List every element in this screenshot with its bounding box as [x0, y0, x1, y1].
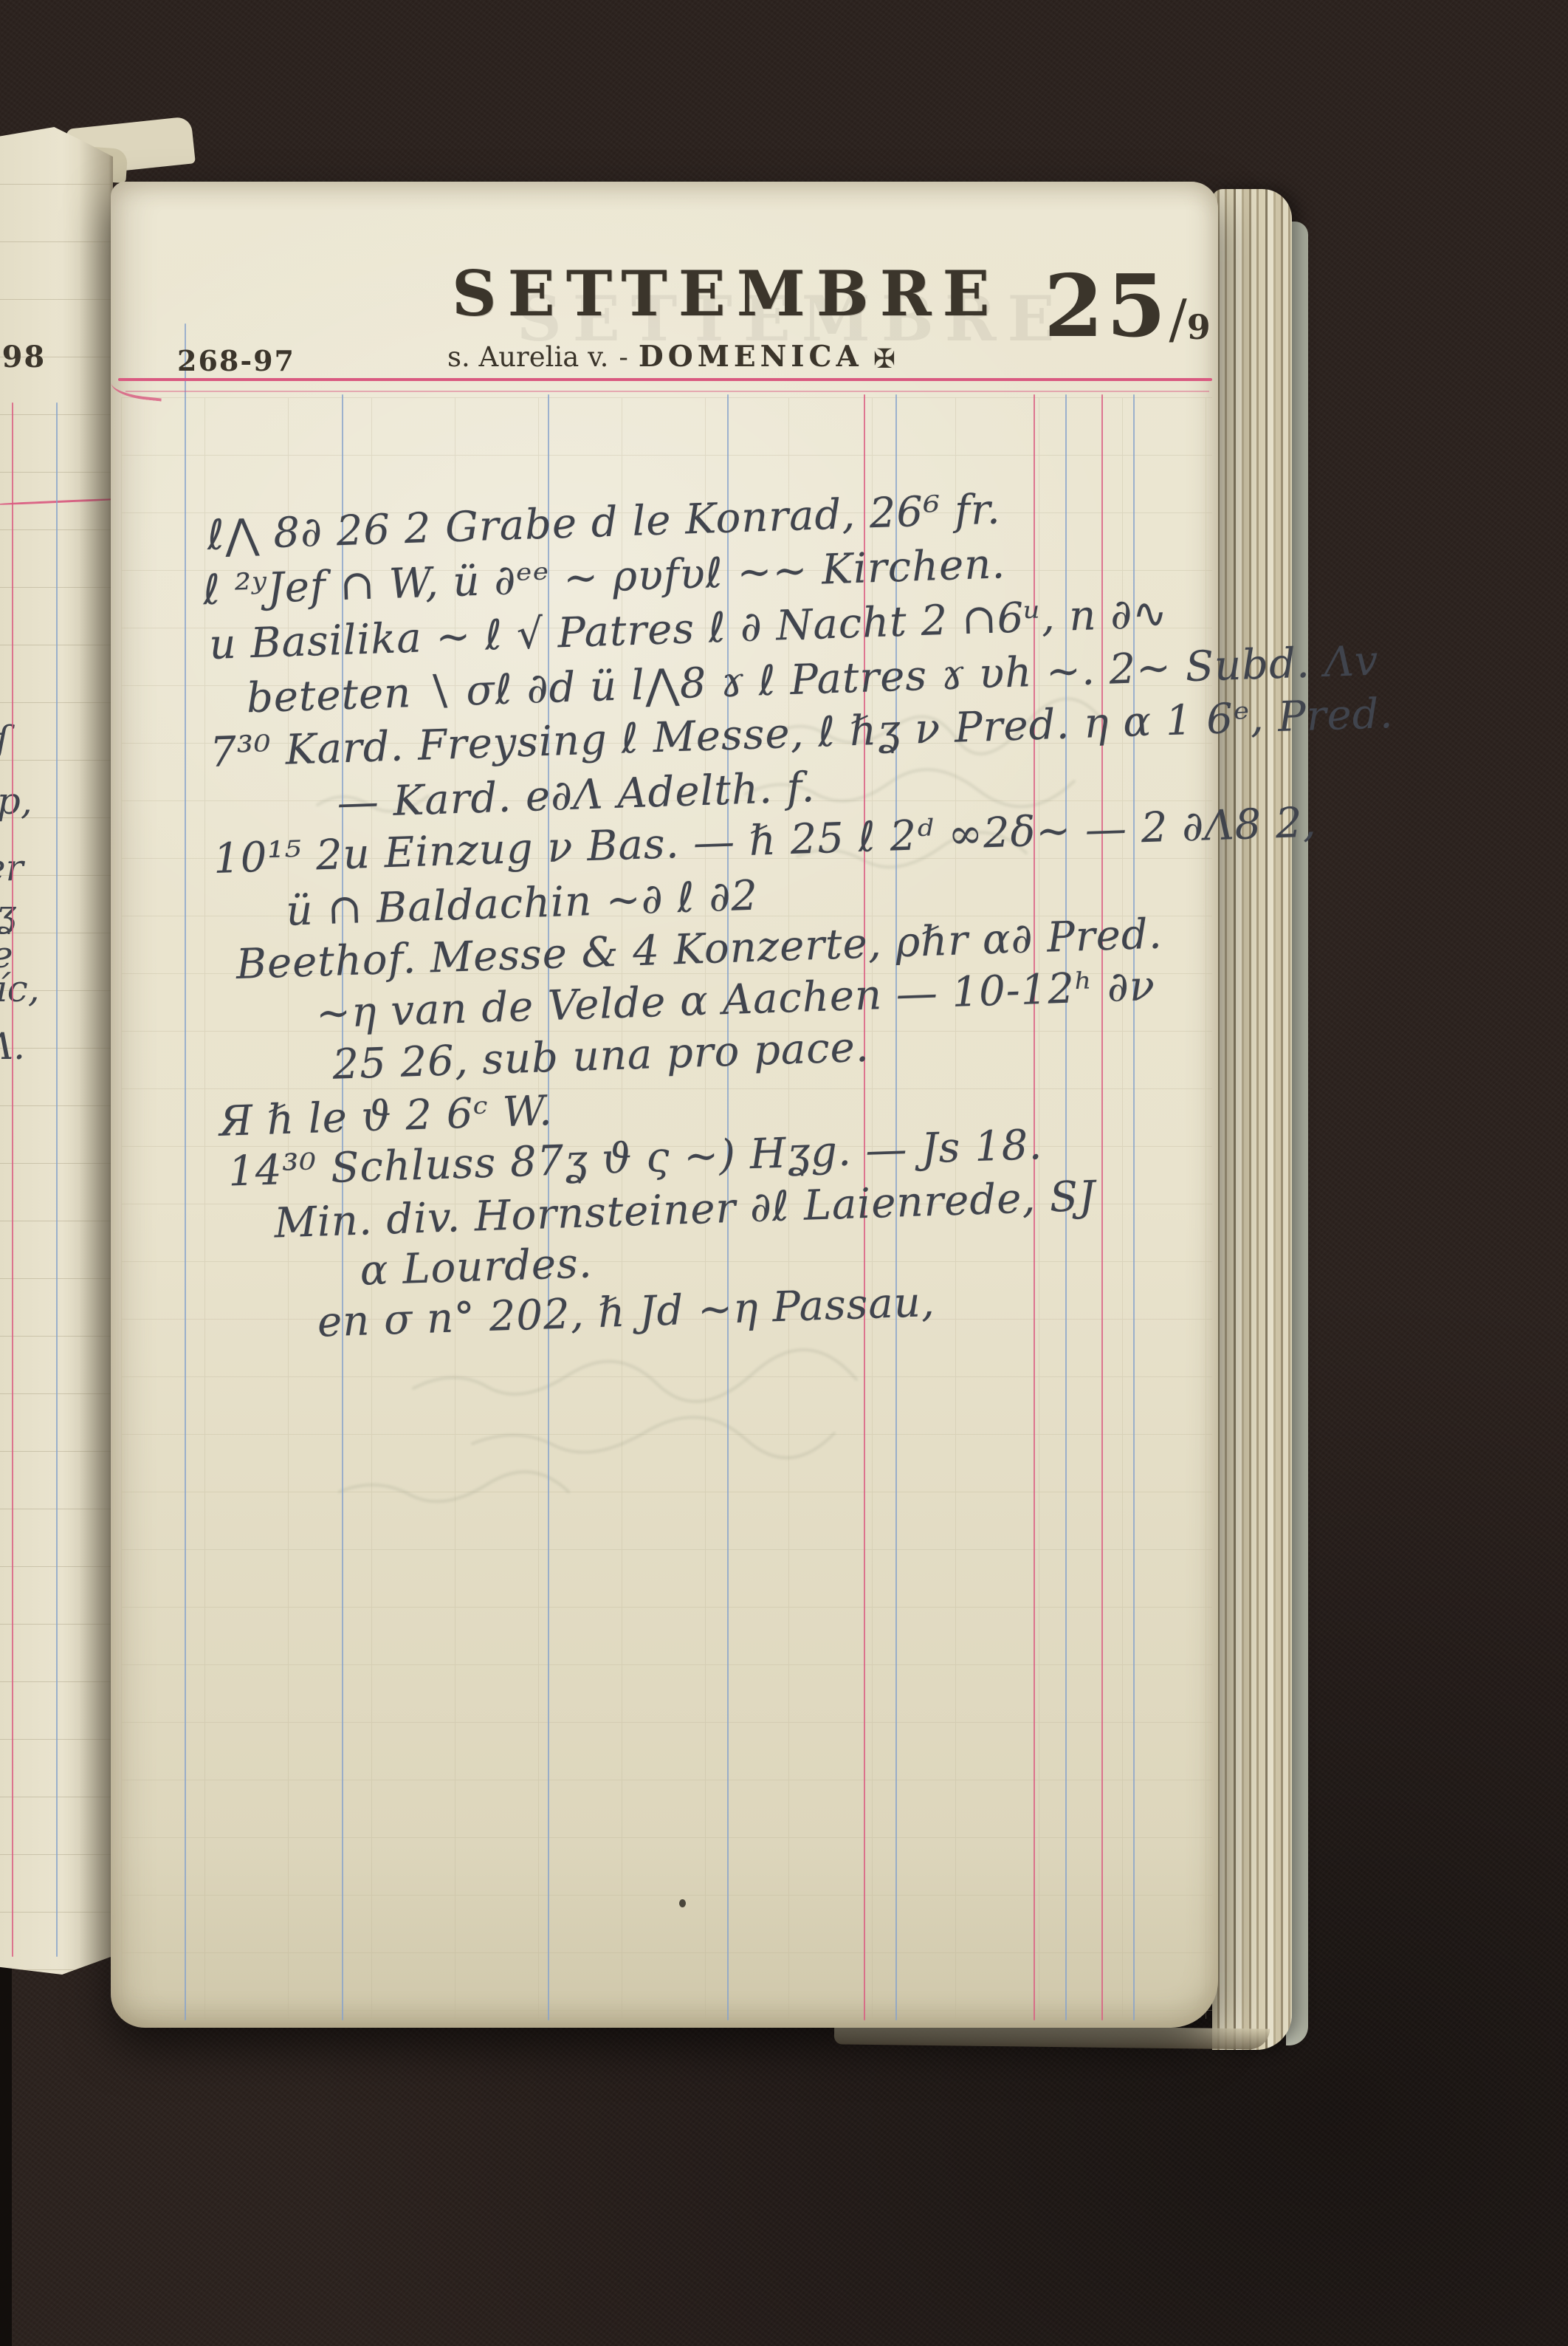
blue-column-rule — [548, 394, 549, 2020]
saint-name: s. Aurelia v. — [447, 341, 608, 373]
blue-column-rule — [56, 402, 58, 1957]
blue-column-rule — [727, 394, 729, 2020]
pink-column-rule — [864, 394, 865, 2020]
weekday-label: DOMENICA — [639, 340, 863, 374]
pink-column-rule — [12, 402, 13, 1957]
date-day-number: 25 — [1044, 266, 1169, 347]
separator-dash: - — [619, 341, 628, 373]
blue-column-rule — [1065, 394, 1067, 2020]
date-month-number: 9 — [1187, 310, 1211, 344]
blue-column-rule — [1133, 394, 1135, 2020]
header-rule-pink — [118, 378, 1212, 381]
page-title-month: SETTEMBRE — [452, 257, 1001, 330]
pink-column-rule — [1034, 394, 1035, 2020]
blue-column-rule — [895, 394, 897, 2020]
blue-column-rule — [342, 394, 343, 2020]
ink-speck — [679, 1899, 686, 1907]
blue-column-rule — [185, 323, 186, 2020]
saint-and-weekday-line: s. Aurelia v. - DOMENICA ✠ — [447, 340, 895, 374]
day-of-year-counter: 268-97 — [177, 344, 295, 377]
photo-backdrop: -98 ſap,erʓearíc,Λ. SETTEMBRE SETTEMBRE … — [0, 0, 1568, 2346]
date-block: 25 / 9 — [1044, 266, 1211, 347]
maltese-cross-icon: ✠ — [873, 344, 895, 374]
pink-column-rule — [1101, 394, 1103, 2020]
date-slash: / — [1169, 292, 1186, 346]
header-rule-pink-faint — [125, 391, 1209, 392]
